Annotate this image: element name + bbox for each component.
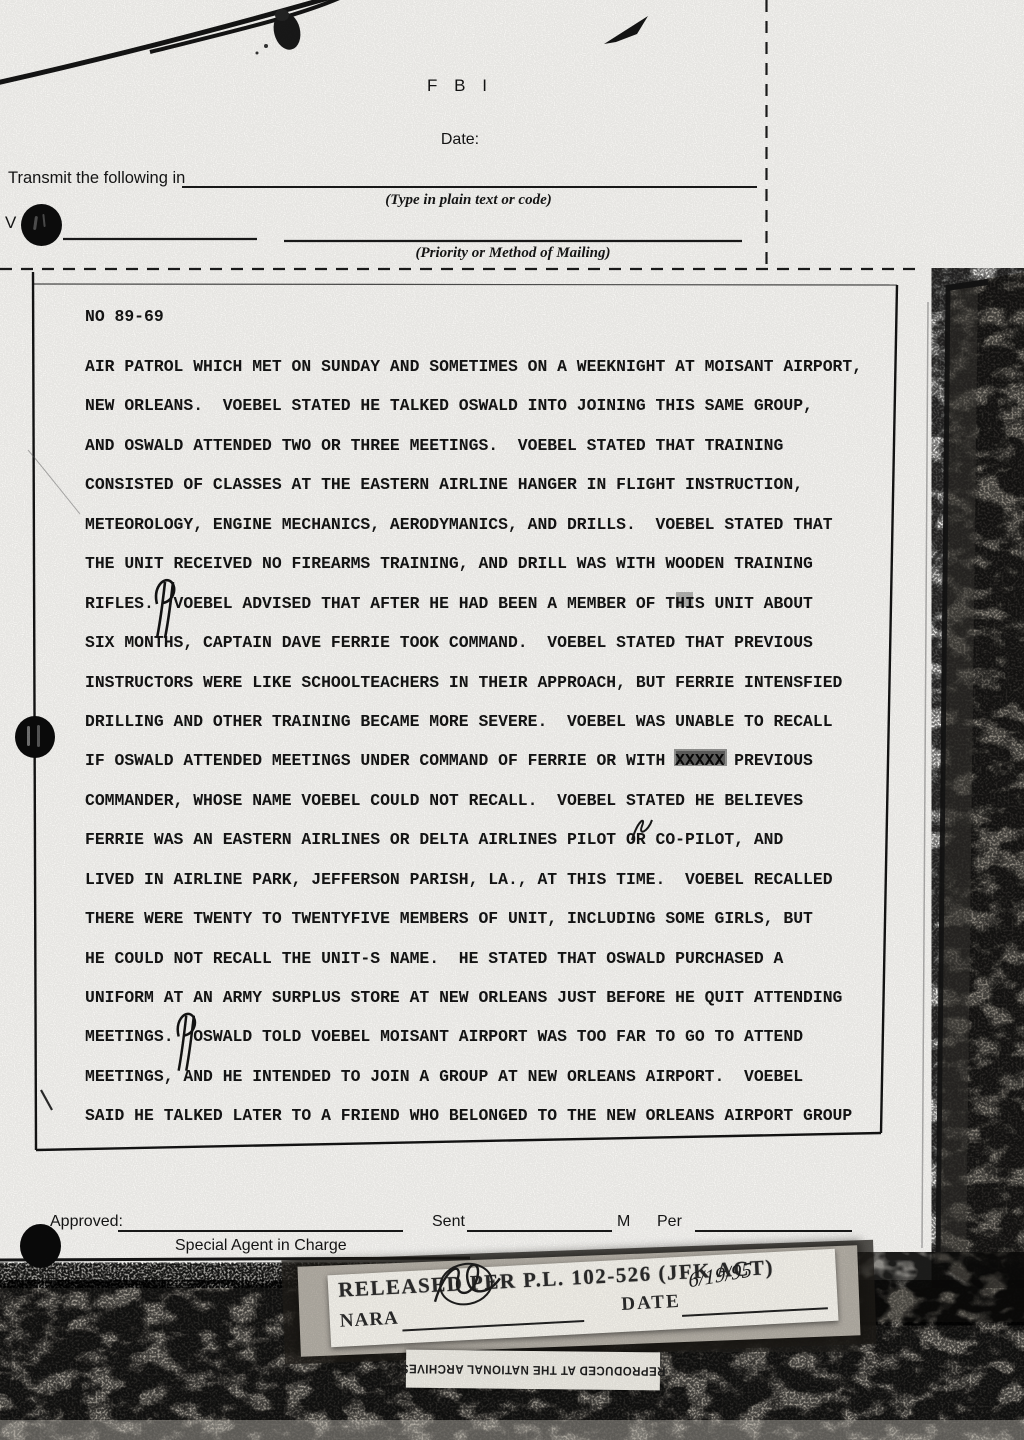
pen-tick (41, 1090, 52, 1110)
stamp-date-label: DATE (621, 1291, 681, 1316)
body-line: UNIFORM AT AN ARMY SURPLUS STORE AT NEW … (85, 978, 885, 1017)
priority-hint: (Priority or Method of Mailing) (284, 245, 742, 262)
hole-punch-mark (20, 1224, 61, 1268)
via-ink-stamp (21, 204, 62, 246)
body-line: SAID HE TALKED LATER TO A FRIEND WHO BEL… (85, 1096, 885, 1135)
type-hint: (Type in plain text or code) (180, 192, 757, 209)
body-line: THERE WERE TWENTY TO TWENTYFIVE MEMBERS … (85, 899, 885, 938)
reproduced-stamp: REPRODUCED AT THE NATIONAL ARCHIVES (406, 1350, 660, 1391)
body-line: AIR PATROL WHICH MET ON SUNDAY AND SOMET… (85, 347, 885, 386)
hole-punch-mark (15, 716, 55, 758)
handwritten-initials (418, 1248, 517, 1319)
scratch-mark (28, 450, 80, 514)
body-line: CONSISTED OF CLASSES AT THE EASTERN AIRL… (85, 465, 885, 504)
agency-title: F B I (0, 76, 920, 96)
body-line: DRILLING AND OTHER TRAINING BECAME MORE … (85, 702, 885, 741)
body-line: MEETINGS, AND HE INTENDED TO JOIN A GROU… (85, 1057, 885, 1096)
nara-label: NARA (339, 1308, 399, 1333)
special-agent-label: Special Agent in Charge (175, 1237, 347, 1255)
body-line: MEETINGS. OSWALD TOLD VOEBEL MOISANT AIR… (85, 1017, 885, 1056)
transmit-label: Transmit the following in (8, 169, 185, 188)
via-label: V (5, 213, 16, 233)
punch-highlight (37, 725, 40, 747)
body-line: FERRIE WAS AN EASTERN AIRLINES OR DELTA … (85, 820, 885, 859)
body-line: HE COULD NOT RECALL THE UNIT-S NAME. HE … (85, 939, 885, 978)
reproduced-stamp-text: REPRODUCED AT THE NATIONAL ARCHIVES (400, 1362, 665, 1379)
body-line: COMMANDER, WHOSE NAME VOEBEL COULD NOT R… (85, 781, 885, 820)
fbi-airtel-scanned-page: F B I Date: Transmit the following in (T… (0, 0, 1024, 1440)
body-line: IF OSWALD ATTENDED MEETINGS UNDER COMMAN… (85, 741, 885, 780)
case-number: NO 89-69 (85, 297, 164, 336)
sent-label: Sent (432, 1213, 465, 1231)
m-label: M (617, 1213, 630, 1231)
body-line: INSTRUCTORS WERE LIKE SCHOOLTEACHERS IN … (85, 663, 885, 702)
page-fold-line (0, 0, 344, 84)
stamp-fleck (33, 216, 38, 230)
stamp-fleck (42, 214, 45, 227)
scan-edge-band-right (916, 268, 1024, 1320)
date-label: Date: (0, 131, 920, 149)
approved-label: Approved: (50, 1213, 123, 1231)
body-line: SIX MONTHS, CAPTAIN DAVE FERRIE TOOK COM… (85, 623, 885, 662)
body-line: LIVED IN AIRLINE PARK, JEFFERSON PARISH,… (85, 860, 885, 899)
body-line: RIFLES. VOEBEL ADVISED THAT AFTER HE HAD… (85, 584, 885, 623)
ink-blot (256, 9, 305, 55)
arrow-smudge (604, 16, 648, 44)
per-label: Per (657, 1213, 682, 1231)
body-line: NEW ORLEANS. VOEBEL STATED HE TALKED OSW… (85, 386, 885, 425)
body-line: METEOROLOGY, ENGINE MECHANICS, AERODYMAN… (85, 505, 885, 544)
message-body: AIR PATROL WHICH MET ON SUNDAY AND SOMET… (85, 347, 885, 1136)
punch-highlight (27, 726, 30, 746)
body-line: AND OSWALD ATTENDED TWO OR THREE MEETING… (85, 426, 885, 465)
body-line: THE UNIT RECEIVED NO FIREARMS TRAINING, … (85, 544, 885, 583)
